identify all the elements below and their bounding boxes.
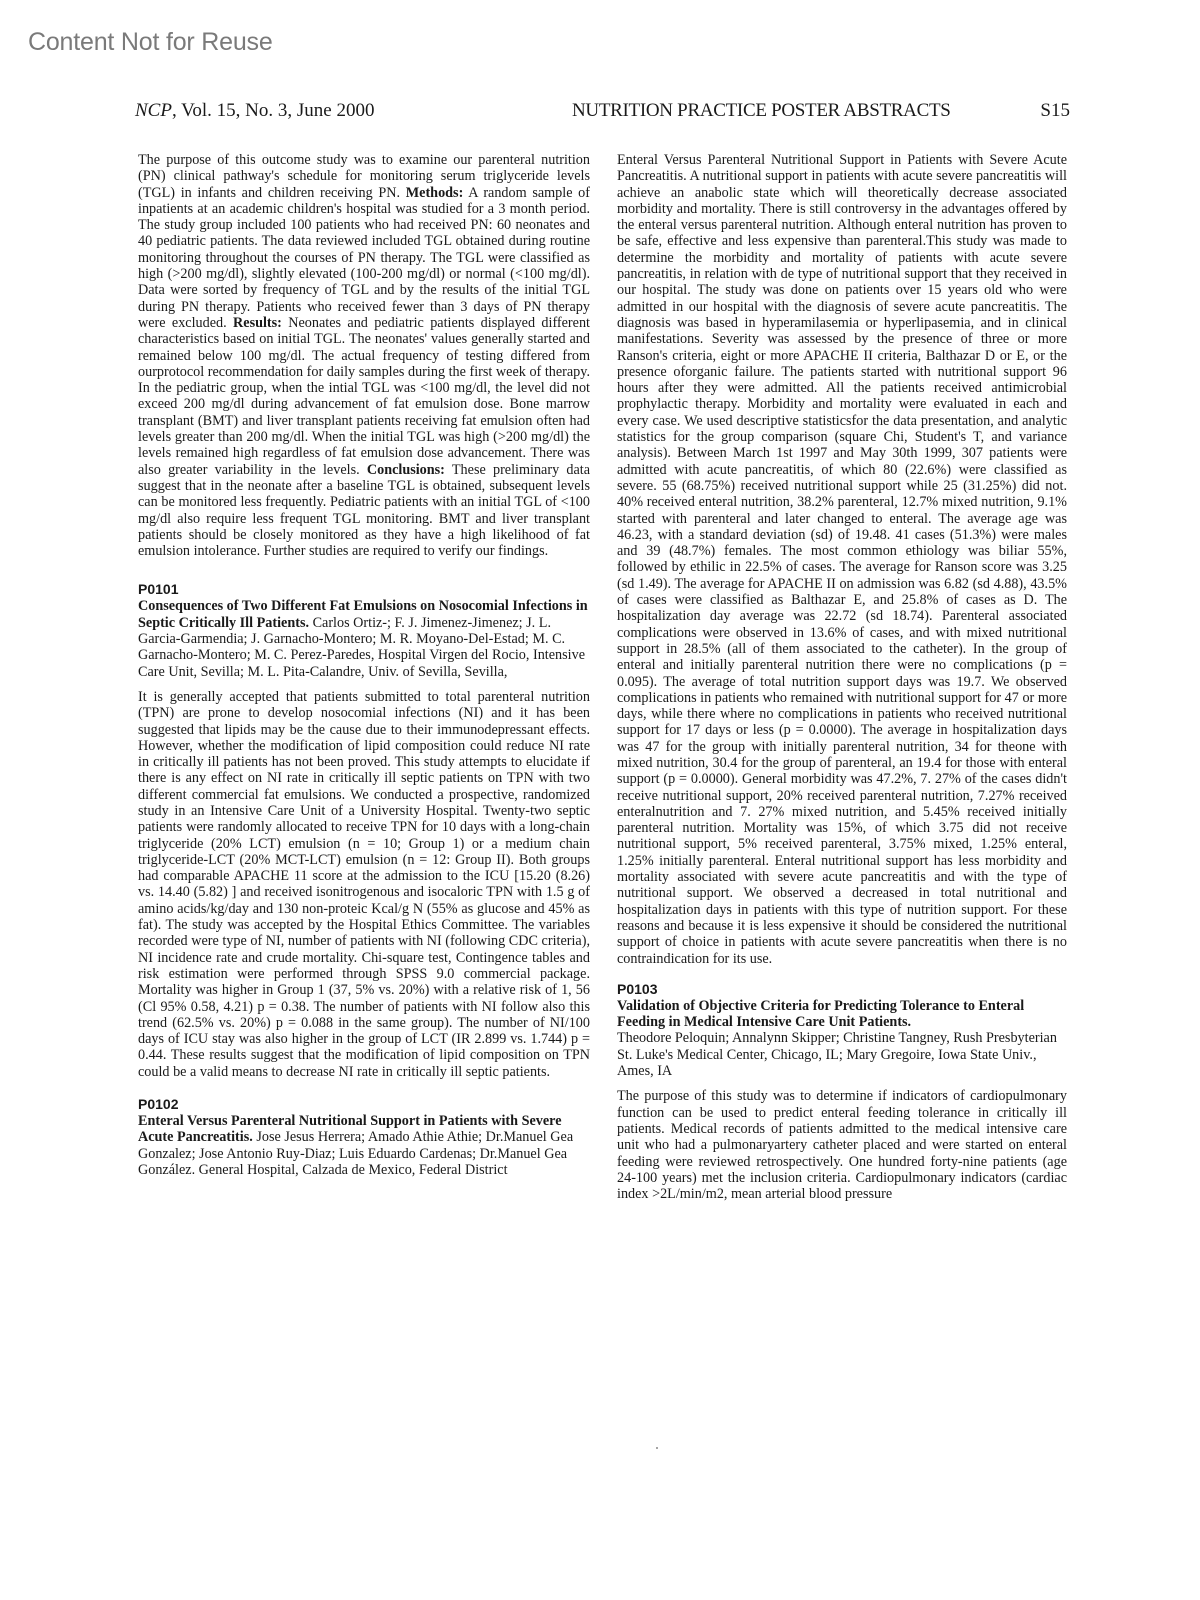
abstract-id-p0103: P0103 — [617, 981, 1067, 998]
journal-abbrev: NCP — [135, 100, 172, 121]
page-number: S15 — [1040, 100, 1070, 122]
journal-citation: NCP, Vol. 15, No. 3, June 2000 — [135, 100, 374, 122]
section-title: NUTRITION PRACTICE POSTER ABSTRACTS — [572, 100, 951, 122]
abstract-id-p0102: P0102 — [138, 1096, 590, 1113]
left-column: The purpose of this outcome study was to… — [138, 152, 590, 1178]
results-label: Results: — [233, 315, 282, 331]
abstract-header-p0103: Validation of Objective Criteria for Pre… — [617, 998, 1067, 1031]
abstract-title-p0103: Validation of Objective Criteria for Pre… — [617, 998, 1024, 1030]
abstract-header-p0101: Consequences of Two Different Fat Emulsi… — [138, 598, 590, 679]
results-text: Neonates and pediatric patients displaye… — [138, 315, 590, 478]
conclusions-label: Conclusions: — [367, 462, 445, 478]
abstract-authors-p0103: Theodore Peloquin; Annalynn Skipper; Chr… — [617, 1030, 1067, 1079]
citation-details: , Vol. 15, No. 3, June 2000 — [172, 100, 375, 121]
methods-label: Methods: — [406, 185, 464, 201]
abstract-id-p0101: P0101 — [138, 581, 590, 598]
abstract-body-p0103: The purpose of this study was to determi… — [617, 1088, 1067, 1202]
continued-abstract: The purpose of this outcome study was to… — [138, 152, 590, 559]
abstract-body-p0102: Enteral Versus Parenteral Nutritional Su… — [617, 152, 1067, 967]
running-head: NCP, Vol. 15, No. 3, June 2000 NUTRITION… — [135, 100, 1070, 124]
abstract-body-p0101: It is generally accepted that patients s… — [138, 689, 590, 1080]
abstract-header-p0102: Enteral Versus Parenteral Nutritional Su… — [138, 1113, 590, 1178]
scan-speck — [656, 1447, 658, 1449]
watermark: Content Not for Reuse — [28, 28, 273, 57]
methods-text: A random sample of inpatients at an acad… — [138, 185, 590, 331]
right-column: Enteral Versus Parenteral Nutritional Su… — [617, 152, 1067, 1202]
